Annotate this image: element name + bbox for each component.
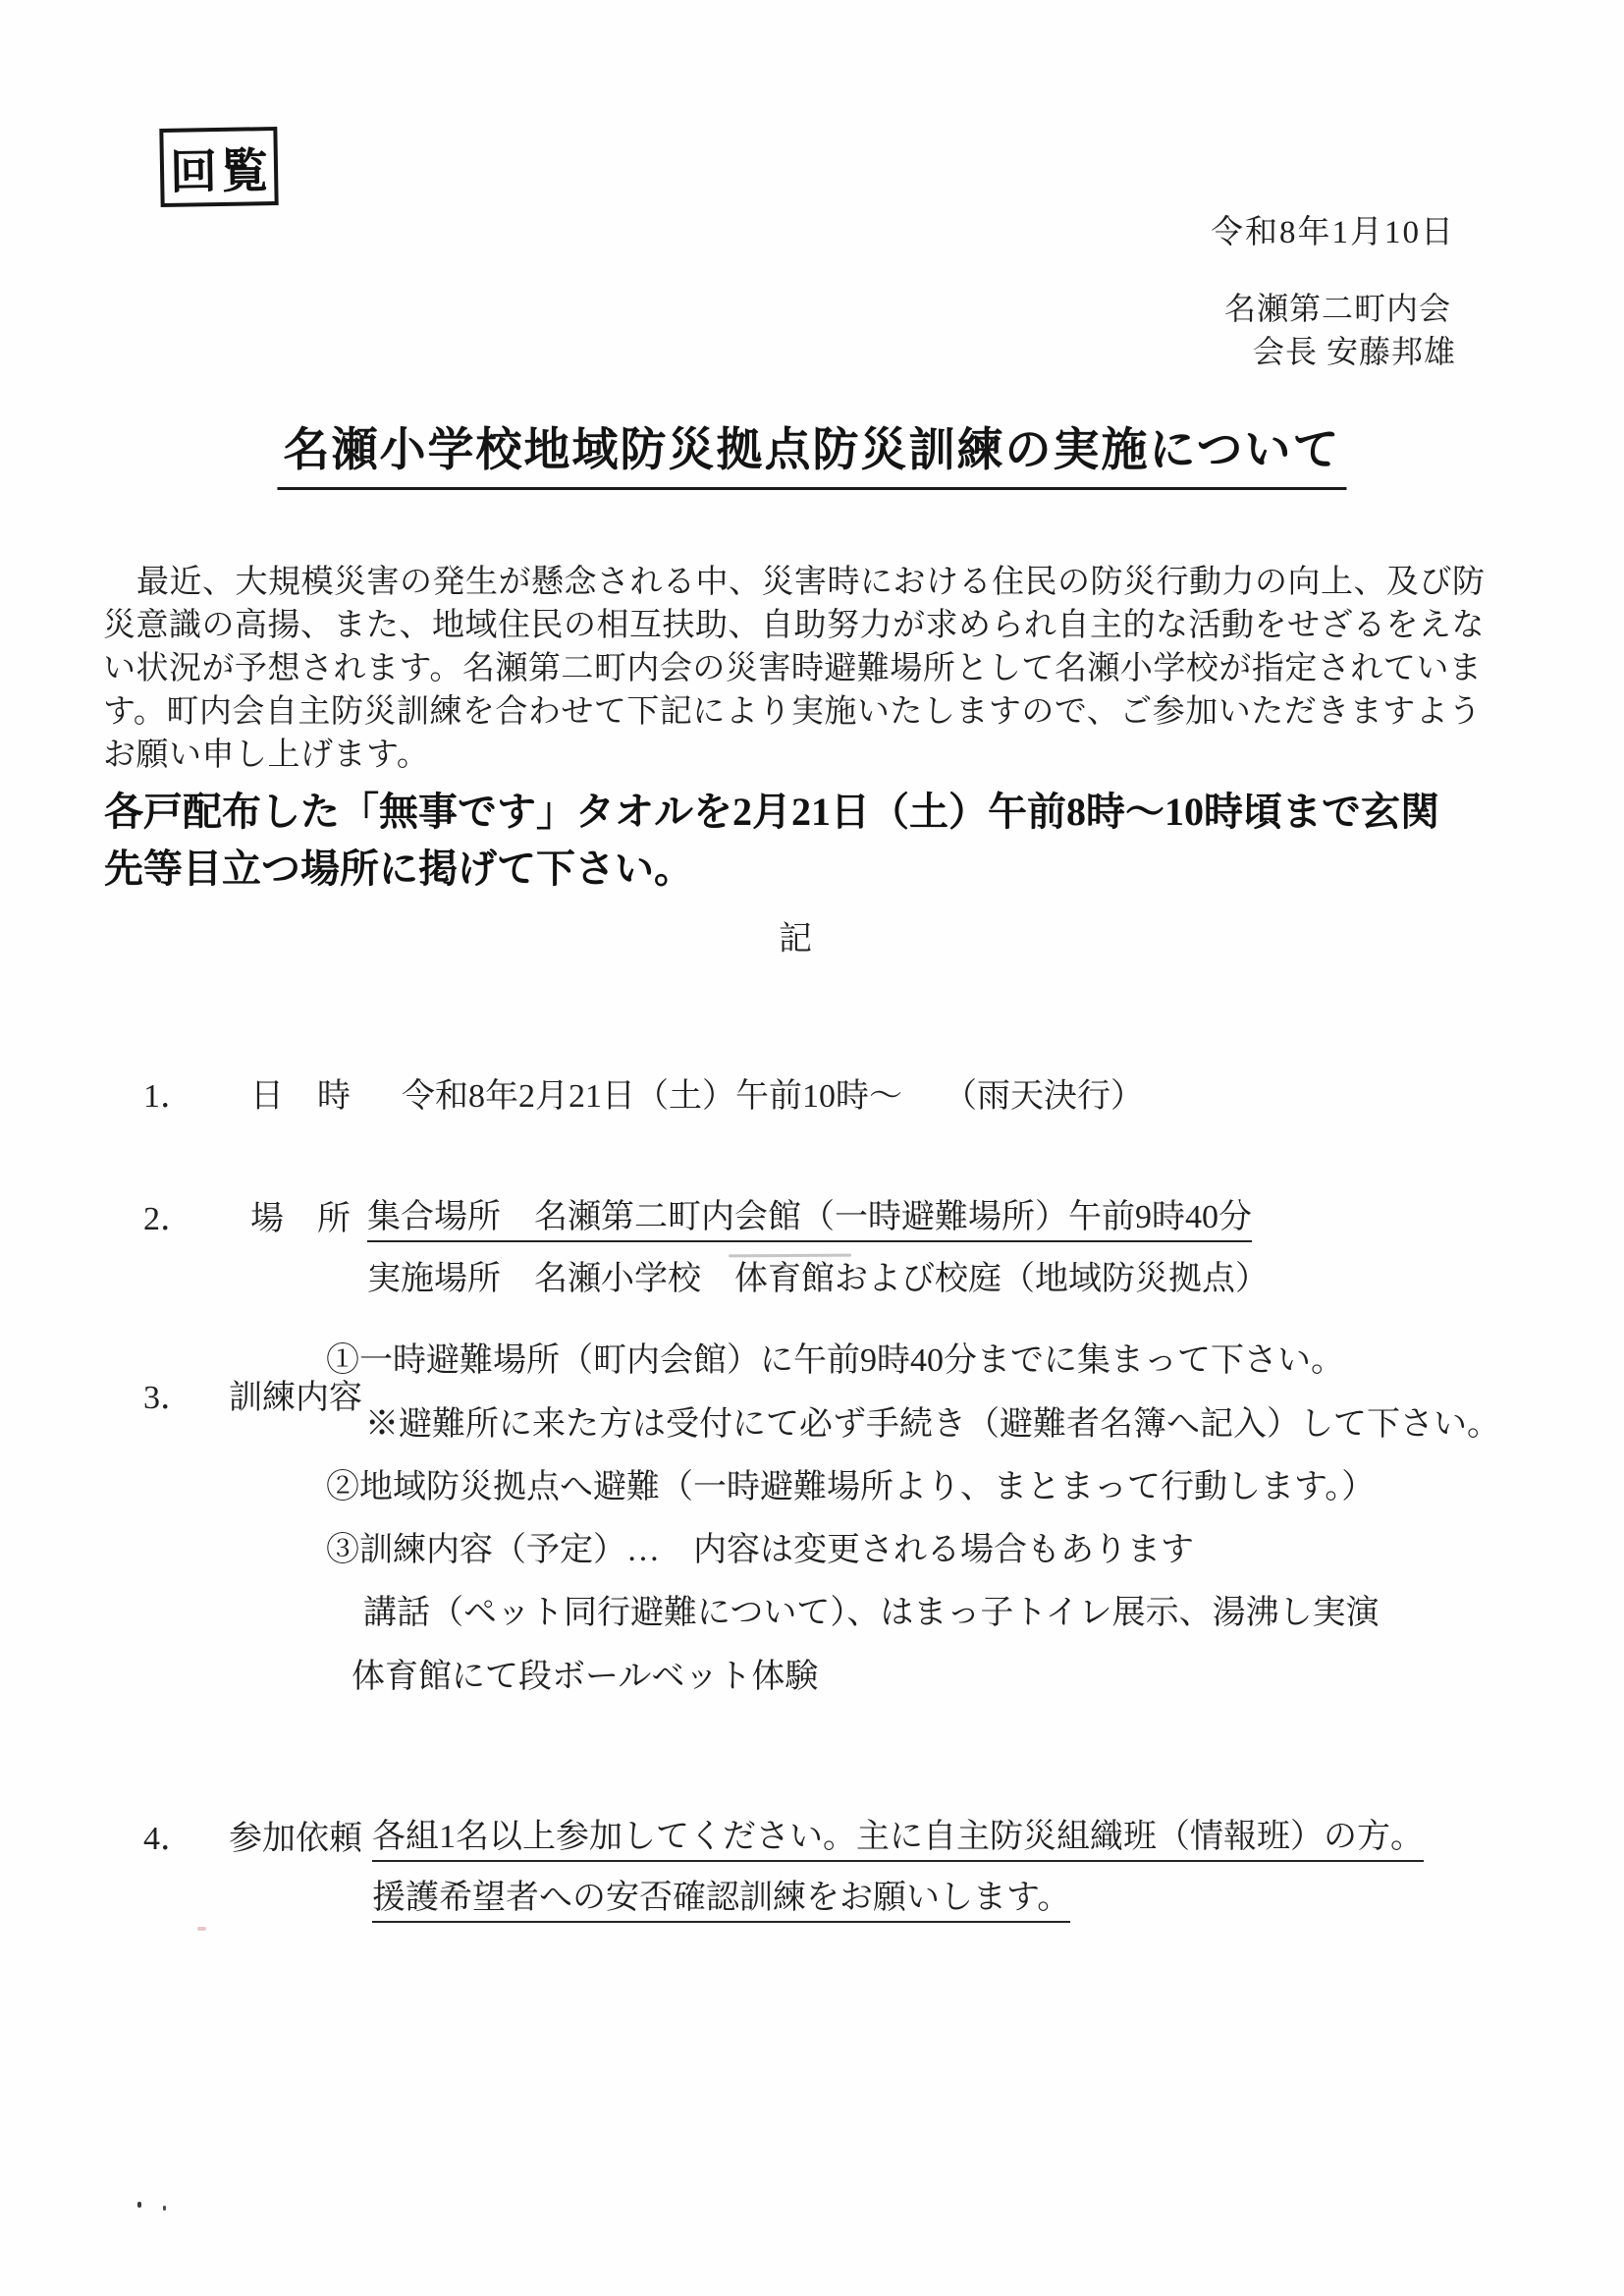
item-1-heading: 1．日 時	[110, 1031, 351, 1154]
item-1-datetime: 令和8年2月21日（土）午前10時～	[402, 1078, 902, 1115]
circulation-stamp-text: 回覧	[169, 133, 272, 202]
item-3-activities: 講話（ペット同行避難について）、はまっ子トイレ展示、湯沸し実演	[363, 1585, 1380, 1633]
item-1-number: 1．	[143, 1068, 193, 1117]
sender-organization: 名瀬第二町内会	[1224, 284, 1451, 329]
body-paragraph-line-3: い状況が予想されます。名瀬第二町内会の災害時避難場所として名瀬小学校が指定されて…	[103, 642, 1482, 688]
item-3-gym-activity: 体育館にて段ボールベット体験	[352, 1649, 818, 1697]
body-paragraph-line-1: 最近、大規模災害の発生が懸念される中、災害時における住民の防災行動力の向上、及び…	[136, 556, 1486, 602]
item-3-reception-note: ※避難所に来た方は受付にて必ず手続き（避難者名簿へ記入）して下さい。	[365, 1396, 1500, 1445]
item-3-step-2: ②地域防災拠点へ避難（一時避難場所より、まとまって行動します。）	[326, 1459, 1375, 1507]
sender-chairman: 会長 安藤邦雄	[1253, 327, 1456, 372]
scan-speck-artifact-2	[163, 2206, 166, 2211]
item-3-step-1: ①一時避難場所（町内会館）に午前9時40分までに集まって下さい。	[326, 1333, 1344, 1381]
document-title: 名瀬小学校地域防災拠点防災訓練の実施について	[277, 413, 1346, 490]
body-paragraph-line-2: 災意識の高揚、また、地域住民の相互扶助、自助努力が求められ自主的な活動をせざるを…	[103, 599, 1485, 645]
issue-date: 令和8年1月10日	[1211, 206, 1455, 252]
item-4-safety-check-row: 援護希望者への安否確認訓練をお願いします。	[339, 1832, 1070, 1955]
record-marker: 記	[779, 911, 812, 959]
item-2-venue-row: 実施場所 名瀬小学校 体育館および校庭（地域防災拠点）	[334, 1214, 1269, 1337]
emphasis-towel-line-1: 各戸配布した「無事です」タオルを2月21日（土）午前8時～10時頃まで玄関	[104, 781, 1439, 837]
item-3-number: 3．	[143, 1370, 193, 1418]
scan-speck-artifact-1	[137, 2202, 141, 2208]
item-2-venue: 実施場所 名瀬小学校 体育館および校庭（地域防災拠点）	[367, 1261, 1269, 1297]
item-2-heading: 2．場 所	[110, 1154, 351, 1277]
item-1-content-row: 令和8年2月21日（土）午前10時～（雨天決行）	[368, 1031, 1144, 1154]
scan-pink-mark-artifact	[197, 1927, 206, 1931]
item-1-weather-note: （雨天決行）	[944, 1078, 1144, 1115]
emphasis-towel-line-2: 先等目立つ場所に掲げて下さい。	[104, 838, 693, 894]
body-paragraph-line-4: す。町内会自主防災訓練を合わせて下記により実施いたしますので、ご参加いただきます…	[103, 685, 1482, 732]
circulation-stamp: 回覧	[159, 127, 278, 207]
item-2-number: 2．	[143, 1191, 193, 1239]
item-4-number: 4．	[143, 1811, 193, 1859]
body-paragraph-line-5: お願い申し上げます。	[103, 729, 429, 775]
scanned-circular-document: 回覧 令和8年1月10日 名瀬第二町内会 会長 安藤邦雄 名瀬小学校地域防災拠点…	[0, 0, 1624, 2296]
item-4-safety-check: 援護希望者への安否確認訓練をお願いします。	[372, 1880, 1070, 1923]
item-1-label: 日 時	[250, 1068, 351, 1117]
item-4-heading: 4．参加依頼	[110, 1774, 362, 1896]
item-3-step-3: ③訓練内容（予定）… 内容は変更される場合もあります	[326, 1522, 1194, 1570]
item-3-heading: 3．訓練内容	[110, 1333, 362, 1455]
